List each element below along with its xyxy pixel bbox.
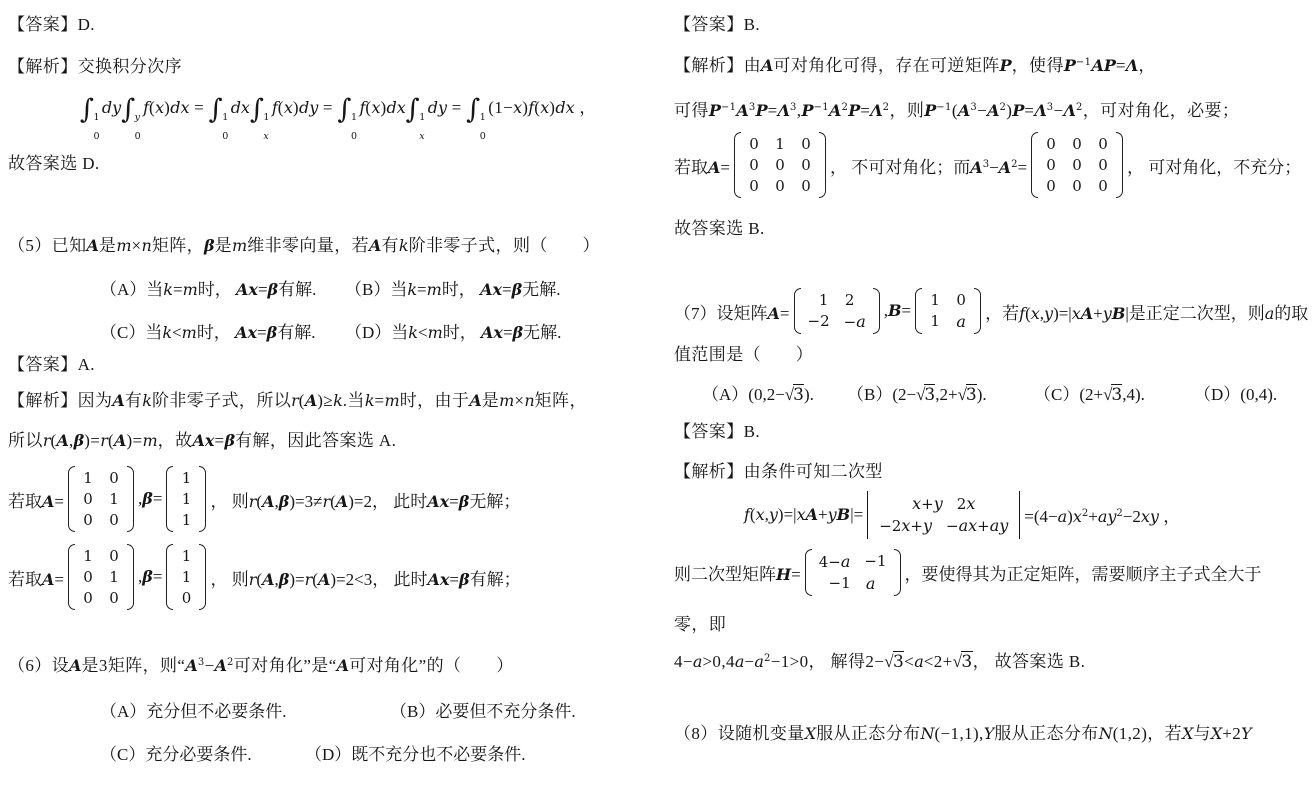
matrix-row: 1a <box>929 312 967 331</box>
formula-text: =(4−a)x2+ay2−2xy ， <box>1024 502 1180 527</box>
matrix-cell: 0 <box>800 177 812 195</box>
matrix-body: 4−a−1−1a <box>813 549 893 596</box>
matrix-paren <box>127 466 134 532</box>
matrix-row: 00 <box>82 589 120 607</box>
option-b: （B）必要但不充分条件. <box>390 697 576 722</box>
matrix-cell: 0 <box>774 177 786 195</box>
matrix-a: 12−2−a <box>794 288 880 334</box>
analysis-line-q5-2: 所以r(A,β)=r(A)=m，故Ax=β有解，因此答案选 A. <box>8 428 648 454</box>
determinant: x+y2x−2x+y−ax+ay <box>867 491 1020 538</box>
matrix-cell: 0 <box>748 135 760 153</box>
matrix-cell: 0 <box>1071 156 1083 174</box>
question-7-stem: （7）设矩阵A= 12−2−a ,B= 101a ，若f(x,y)=|xA+yB… <box>674 288 1314 334</box>
question-5-options-row-1: （A）当k=m时， Ax=β有解. （B）当k=m时， Ax=β无解. <box>8 275 648 300</box>
matrix-paren <box>166 544 173 610</box>
question-6-options-row-1: （A）充分但不必要条件. （B）必要但不充分条件. <box>8 697 648 722</box>
matrix-cell: 0 <box>108 511 120 529</box>
matrix-row: 000 <box>1045 156 1109 174</box>
matrix-row: 000 <box>748 177 812 195</box>
determinant-bar <box>1019 491 1020 538</box>
matrix-cell: 2 <box>844 291 856 309</box>
matrix-paren <box>199 544 206 610</box>
matrix-paren <box>794 288 801 334</box>
matrix-cell: 0 <box>748 177 760 195</box>
matrix-row: 1 <box>180 511 192 529</box>
matrix-cell: 0 <box>82 490 94 508</box>
matrix-row: −2−a <box>808 312 866 331</box>
matrix-body: 110 <box>174 544 198 610</box>
formula-text: ,B= <box>884 301 911 321</box>
matrix-cell: 0 <box>800 156 812 174</box>
matrix-body: 000000000 <box>1039 132 1115 198</box>
matrix-cell: −1 <box>864 552 886 571</box>
matrix-cell: a <box>955 312 967 331</box>
matrix-paren <box>894 549 901 596</box>
matrix-cell: 0 <box>82 511 94 529</box>
matrix-row: 10 <box>82 469 120 487</box>
matrix-paren <box>199 466 206 532</box>
matrix-body: 100100 <box>76 466 126 532</box>
right-column: 【答案】B. 【解析】由A可对角化可得，存在可逆矩阵P，使得P−1AP=Λ， 可… <box>674 12 1314 765</box>
matrix-cell: 0 <box>108 547 120 565</box>
answer-line-q7: 【答案】B. <box>674 419 1314 445</box>
analysis-line-q7: 【解析】由条件可知二次型 <box>674 459 1314 485</box>
formula-text: （7）设矩阵A= <box>674 299 790 324</box>
option-d: （D）既不充分也不必要条件. <box>305 740 526 765</box>
matrix-row: −1a <box>819 574 887 593</box>
formula-text: 若取A= <box>8 487 64 512</box>
answer-line-q5: 【答案】A. <box>8 352 648 378</box>
question-7-options-row: （A）(0,2−√3). （B）(2−√3,2+√3). （C）(2+√3,4)… <box>674 380 1314 405</box>
option-b: （B）当k=m时， Ax=β无解. <box>345 275 560 300</box>
matrix-cell: x+y <box>912 494 943 513</box>
matrix-cell: 1 <box>82 547 94 565</box>
matrix-row: 1 <box>180 469 192 487</box>
matrix-row: x+y2x <box>879 494 1008 513</box>
matrix-paren <box>819 132 826 198</box>
example-line-2: 若取A= 100100 ,β= 110 ， 则r(A,β)=r(A)=2<3， … <box>8 544 648 610</box>
matrix-body: 111 <box>174 466 198 532</box>
matrix-cell: 1 <box>774 135 786 153</box>
matrix-cell: 1 <box>108 568 120 586</box>
vector-beta: 111 <box>166 466 206 532</box>
left-column: 【答案】D. 【解析】交换积分次序 ∫10dy∫y0f(x)dx = ∫10dx… <box>8 12 648 765</box>
question-7-stem-2: 值范围是（ ） <box>674 342 1314 368</box>
determinant-formula: f(x,y)=|xA+yB|= x+y2x−2x+y−ax+ay =(4−a)x… <box>674 491 1314 538</box>
answer-line-q6: 【答案】B. <box>674 12 1314 38</box>
formula-text: ,β= <box>138 567 162 587</box>
analysis-line-q6-2: 可得P−1A3P=Λ3,P−1A2P=Λ2，则P−1(A3−A2)P=Λ3−Λ2… <box>674 95 1314 124</box>
matrix-cell: −2 <box>808 312 830 331</box>
option-c: （C）充分必要条件. <box>100 740 305 765</box>
matrix-cell: a <box>865 574 877 593</box>
option-c: （C）当k<m时， Ax=β有解. <box>100 318 345 343</box>
matrix-row: 12 <box>808 291 866 309</box>
matrix-body: 010000000 <box>742 132 818 198</box>
matrix-row: 00 <box>82 511 120 529</box>
question-5-stem: （5）已知A是m×n矩阵，β是m维非零向量，若A有k阶非零子式，则（ ） <box>8 233 648 259</box>
matrix-cell: 0 <box>1045 177 1057 195</box>
matrix-paren <box>1116 132 1123 198</box>
matrix-cell: −a <box>844 312 866 331</box>
matrix-body: 100100 <box>76 544 126 610</box>
option-a: （A）当k=m时， Ax=β有解. <box>100 275 345 300</box>
matrix-row: 000 <box>1045 135 1109 153</box>
matrix-row: 000 <box>748 156 812 174</box>
matrix-cell: 1 <box>929 312 941 331</box>
matrix-cell: 0 <box>1097 135 1109 153</box>
matrix-cell: 0 <box>1045 135 1057 153</box>
formula-text: 则二次型矩阵H= <box>674 560 801 585</box>
matrix-paren <box>68 544 75 610</box>
matrix-cell: 0 <box>82 568 94 586</box>
question-8-stem: （8）设随机变量X服从正态分布N(−1,1),Y服从正态分布N(1,2)，若X与… <box>674 721 1314 747</box>
exam-solutions-page: 【答案】D. 【解析】交换积分次序 ∫10dy∫y0f(x)dx = ∫10dx… <box>0 0 1316 765</box>
matrix-row: 1 <box>180 547 192 565</box>
matrix-cell: 1 <box>180 490 192 508</box>
matrix-row: 000 <box>1045 177 1109 195</box>
matrix-row: 0 <box>180 589 192 607</box>
matrix-paren <box>166 466 173 532</box>
formula-text: f(x,y)=|xA+yB|= <box>744 505 863 525</box>
option-a: （A）(0,2−√3). <box>702 380 847 405</box>
example-line-1: 若取A= 100100 ,β= 111 ， 则r(A,β)=3≠r(A)=2， … <box>8 466 648 532</box>
option-d: （D）当k<m时， Ax=β无解. <box>345 318 561 343</box>
matrix-h: 4−a−1−1a <box>805 549 901 596</box>
matrix-cell: 1 <box>82 469 94 487</box>
matrix-cell: −2x+y <box>879 516 932 535</box>
matrix-cell: 4−a <box>819 552 851 571</box>
matrix-cell: 0 <box>1071 177 1083 195</box>
matrix-cell: −ax+ay <box>946 516 1008 535</box>
matrix-cell: −1 <box>829 574 851 593</box>
matrix-cell: 1 <box>108 490 120 508</box>
option-c: （C）(2+√3,4). <box>1034 380 1194 405</box>
h-matrix-line: 则二次型矩阵H= 4−a−1−1a ，要使得其为正定矩阵，需要顺序主子式全大于 <box>674 549 1314 596</box>
formula-text: ,β= <box>138 489 162 509</box>
example-line-3: 若取A= 010000000 ， 不可对角化；而A3−A2= 000000000… <box>674 132 1314 198</box>
formula-text: ， 不可对角化；而A3−A2= <box>830 153 1027 178</box>
matrix-paren <box>915 288 922 334</box>
matrix-paren <box>734 132 741 198</box>
formula-text: 若取A= <box>8 565 64 590</box>
matrix-body: x+y2x−2x+y−ax+ay <box>873 491 1014 538</box>
matrix-b: 101a <box>915 288 981 334</box>
matrix-paren <box>974 288 981 334</box>
matrix-a: 010000000 <box>734 132 826 198</box>
formula-text: ，若f(x,y)=|xA+yB|是正定二次型，则a的取 <box>985 299 1308 324</box>
matrix-cell: 0 <box>1097 177 1109 195</box>
matrix-row: 01 <box>82 490 120 508</box>
matrix-row: −2x+y−ax+ay <box>879 516 1008 535</box>
option-b: （B）(2−√3,2+√3). <box>847 380 1034 405</box>
matrix-a: 100100 <box>68 544 134 610</box>
matrix-body: 12−2−a <box>802 288 872 334</box>
matrix-row: 10 <box>929 291 967 309</box>
matrix-a3-minus-a2: 000000000 <box>1031 132 1123 198</box>
matrix-row: 1 <box>180 568 192 586</box>
zero-line: 零，即 <box>674 612 1314 638</box>
question-6-stem: （6）设A是3矩阵，则“A3−A2可对角化”是“A可对角化”的（ ） <box>8 650 648 679</box>
matrix-paren <box>873 288 880 334</box>
matrix-cell: 1 <box>818 291 830 309</box>
matrix-paren <box>805 549 812 596</box>
question-6-options-row-2: （C）充分必要条件. （D）既不充分也不必要条件. <box>8 740 648 765</box>
matrix-cell: 1 <box>180 511 192 529</box>
matrix-cell: 0 <box>1045 156 1057 174</box>
matrix-cell: 0 <box>180 589 192 607</box>
integral-formula: ∫10dy∫y0f(x)dx = ∫10dx∫1xf(x)dy = ∫10f(x… <box>8 88 648 141</box>
vector-beta: 110 <box>166 544 206 610</box>
matrix-row: 1 <box>180 490 192 508</box>
matrix-row: 01 <box>82 568 120 586</box>
conclusion-line-q6: 故答案选 B. <box>674 216 1314 242</box>
matrix-cell: 0 <box>1097 156 1109 174</box>
formula-text: ，要使得其为正定矩阵，需要顺序主子式全大于 <box>905 560 1262 585</box>
matrix-cell: 0 <box>108 469 120 487</box>
matrix-row: 10 <box>82 547 120 565</box>
matrix-a: 100100 <box>68 466 134 532</box>
determinant-bar <box>867 491 868 538</box>
matrix-row: 010 <box>748 135 812 153</box>
analysis-line-q4: 【解析】交换积分次序 <box>8 54 648 80</box>
formula-text: ， 则r(A,β)=r(A)=2<3， 此时Ax=β有解； <box>210 565 520 590</box>
matrix-cell: 0 <box>955 291 967 309</box>
question-5-options-row-2: （C）当k<m时， Ax=β有解. （D）当k<m时， Ax=β无解. <box>8 318 648 343</box>
matrix-cell: 0 <box>800 135 812 153</box>
formula-text: ， 可对角化，不充分； <box>1127 153 1301 178</box>
conclusion-line-q4: 故答案选 D. <box>8 151 648 177</box>
matrix-cell: 0 <box>774 156 786 174</box>
matrix-paren <box>127 544 134 610</box>
matrix-cell: 1 <box>929 291 941 309</box>
matrix-cell: 1 <box>180 469 192 487</box>
matrix-body: 101a <box>923 288 973 334</box>
answer-line-q4: 【答案】D. <box>8 12 648 38</box>
solve-line: 4−a>0,4a−a2−1>0， 解得2−√3<a<2+√3， 故答案选 B. <box>674 646 1314 675</box>
formula-text: 若取A= <box>674 153 730 178</box>
matrix-cell: 2x <box>957 494 976 513</box>
matrix-row: 4−a−1 <box>819 552 887 571</box>
matrix-cell: 0 <box>748 156 760 174</box>
matrix-cell: 0 <box>1071 135 1083 153</box>
matrix-paren <box>68 466 75 532</box>
matrix-cell: 0 <box>108 589 120 607</box>
option-d: （D）(0,4). <box>1194 380 1277 405</box>
matrix-cell: 0 <box>82 589 94 607</box>
matrix-cell: 1 <box>180 568 192 586</box>
matrix-cell: 1 <box>180 547 192 565</box>
analysis-line-q6-1: 【解析】由A可对角化可得，存在可逆矩阵P，使得P−1AP=Λ， <box>674 50 1314 79</box>
matrix-paren <box>1031 132 1038 198</box>
formula-text: ， 则r(A,β)=3≠r(A)=2， 此时Ax=β无解； <box>210 487 520 512</box>
analysis-line-q5-1: 【解析】因为A有k阶非零子式，所以r(A)≥k.当k=m时，由于A是m×n矩阵， <box>8 388 648 414</box>
option-a: （A）充分但不必要条件. <box>100 697 390 722</box>
